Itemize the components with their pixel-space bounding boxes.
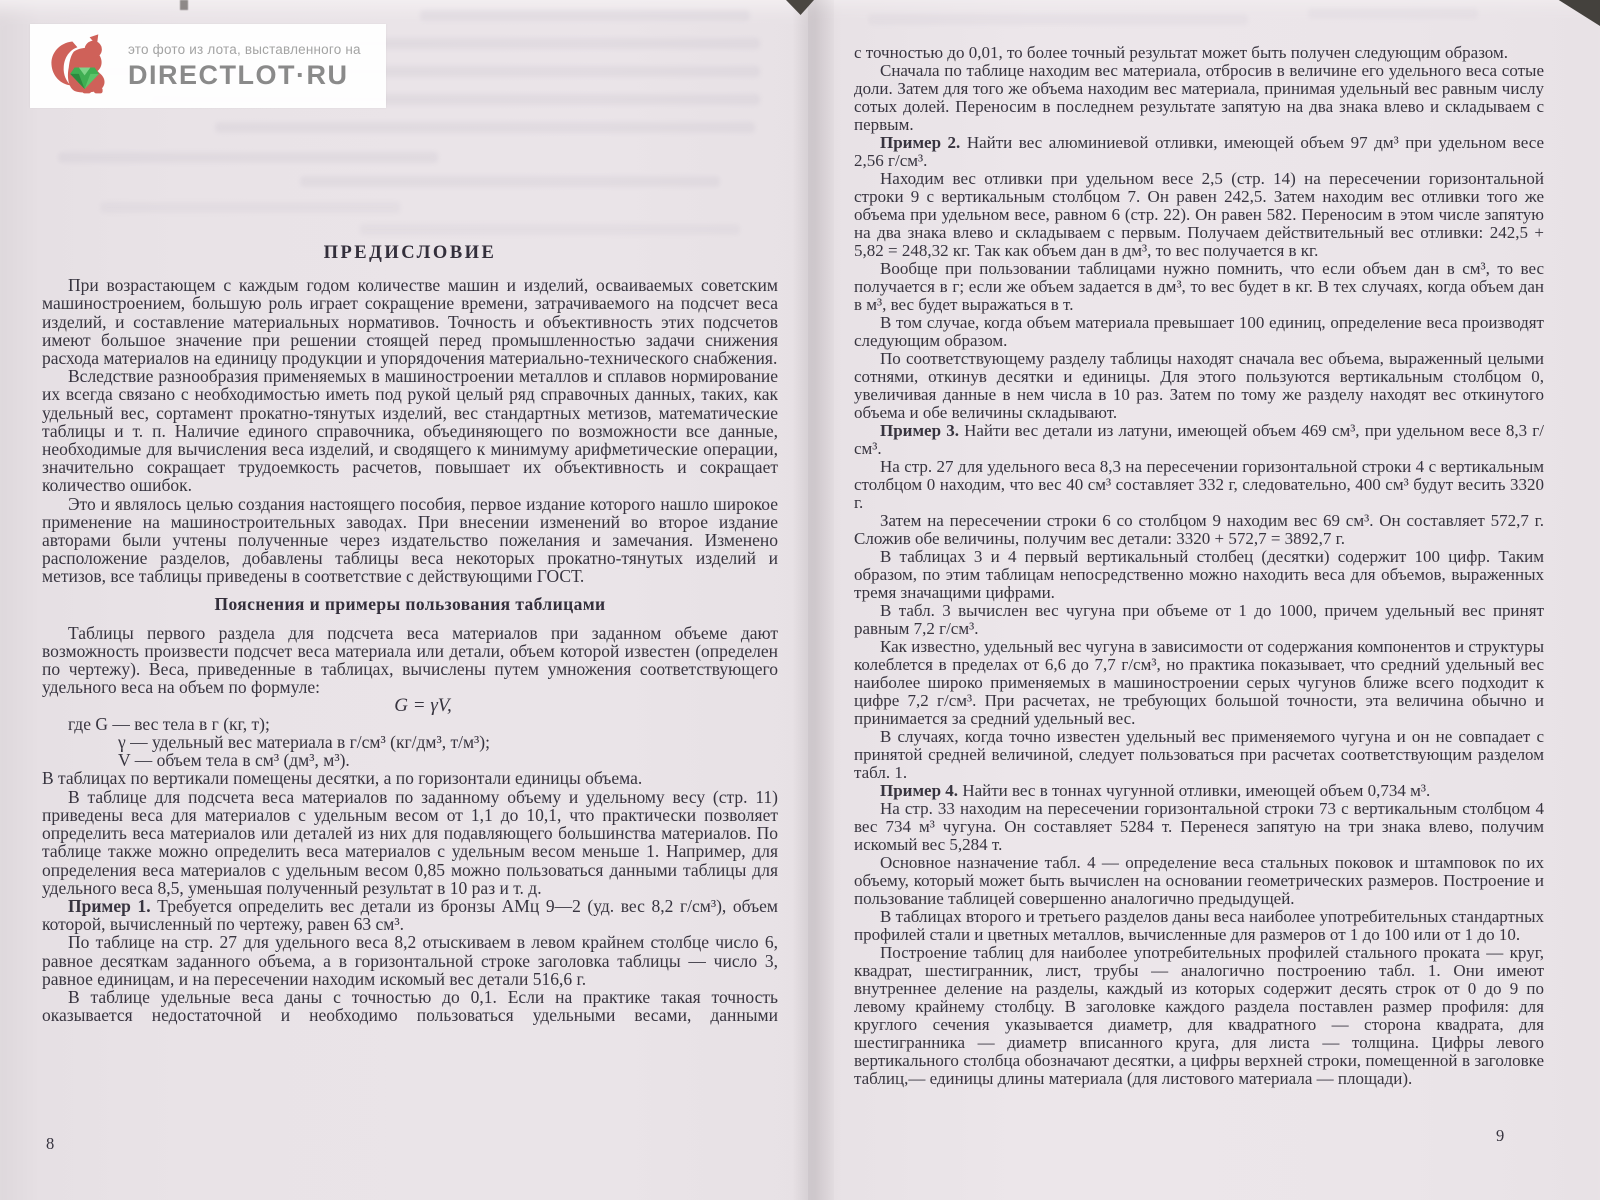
- page-number: 8: [46, 1134, 54, 1154]
- bleed-through-line: [420, 10, 750, 21]
- photo-speck: [180, 0, 188, 10]
- formula: G = γV,: [42, 697, 778, 715]
- paragraph: По соответствующему разделу таблицы нахо…: [854, 350, 1544, 422]
- left-page: это фото из лота, выставленного на DIREC…: [0, 0, 808, 1200]
- example-label: Пример 3.: [880, 421, 959, 440]
- paragraph: Вследствие разнообразия применяемых в ма…: [42, 367, 778, 494]
- bleed-through-line: [300, 176, 720, 187]
- paragraph: В таблицах по вертикали помещены десятки…: [42, 769, 778, 787]
- page-number: 9: [1496, 1126, 1504, 1146]
- right-page: с точностью до 0,01, то более точный рез…: [808, 0, 1600, 1200]
- bleed-through-line: [58, 152, 438, 163]
- watermark-brand: DIRECTLOT·RU: [128, 60, 361, 91]
- formula-legend-line: где G — вес тела в г (кг, т);: [42, 715, 778, 733]
- example-text: Найти вес в тоннах чугунной отливки, име…: [962, 781, 1430, 800]
- paragraph: При возрастающем с каждым годом количест…: [42, 276, 778, 367]
- left-page-text: ПРЕДИСЛОВИЕ При возрастающем с каждым го…: [42, 244, 778, 1024]
- paragraph: На стр. 33 находим на пересечении горизо…: [854, 800, 1544, 854]
- watermark-caption: это фото из лота, выставленного на: [128, 42, 361, 57]
- example-label: Пример 2.: [880, 133, 960, 152]
- watermark-badge: это фото из лота, выставленного на DIREC…: [30, 24, 386, 108]
- example-paragraph: Пример 4. Найти вес в тоннах чугунной от…: [854, 782, 1544, 800]
- example-label: Пример 1.: [68, 896, 151, 916]
- example-text: Требуется определить вес детали из бронз…: [42, 896, 778, 934]
- paragraph: В табл. 3 вычислен вес чугуна при объеме…: [854, 602, 1544, 638]
- paragraph: По таблице на стр. 27 для удельного веса…: [42, 933, 778, 988]
- bleed-through-line: [360, 224, 740, 235]
- squirrel-logo-icon: [44, 30, 118, 102]
- example-label: Пример 4.: [880, 781, 958, 800]
- book-gutter-shadow: [792, 0, 834, 1200]
- bleed-through-line: [215, 122, 755, 133]
- right-page-text: с точностью до 0,01, то более точный рез…: [854, 44, 1544, 1088]
- example-paragraph: Пример 2. Найти вес алюминиевой отливки,…: [854, 134, 1544, 170]
- section-heading: Пояснения и примеры пользования таблицам…: [42, 595, 778, 613]
- formula-legend-line: γ — удельный вес материала в г/см³ (кг/д…: [42, 733, 778, 751]
- paragraph: В таблицах 3 и 4 первый вертикальный сто…: [854, 548, 1544, 602]
- bleed-through-line: [1308, 8, 1478, 19]
- preface-title: ПРЕДИСЛОВИЕ: [42, 244, 778, 262]
- paragraph: Таблицы первого раздела для подсчета вес…: [42, 624, 778, 697]
- paragraph: Как известно, удельный вес чугуна в зави…: [854, 638, 1544, 728]
- paragraph: В том случае, когда объем материала прев…: [854, 314, 1544, 350]
- paragraph: В таблицах второго и третьего разделов д…: [854, 908, 1544, 944]
- paragraph: В случаях, когда точно известен удельный…: [854, 728, 1544, 782]
- paragraph: с точностью до 0,01, то более точный рез…: [854, 44, 1544, 62]
- bleed-through-line: [868, 14, 1248, 25]
- bleed-through-line: [100, 202, 400, 213]
- formula-legend-line: V — объем тела в см³ (дм³, м³).: [42, 751, 778, 769]
- paragraph: В таблице удельные веса даны с точностью…: [42, 988, 778, 1024]
- paragraph: Затем на пересечении строки 6 со столбцо…: [854, 512, 1544, 548]
- paragraph: Это и являлось целью создания настоящего…: [42, 495, 778, 586]
- book-photo: это фото из лота, выставленного на DIREC…: [0, 0, 1600, 1200]
- paragraph: Основное назначение табл. 4 — определени…: [854, 854, 1544, 908]
- paragraph: Сначала по таблице находим вес материала…: [854, 62, 1544, 134]
- example-paragraph: Пример 3. Найти вес детали из латуни, им…: [854, 422, 1544, 458]
- paragraph: Вообще при пользовании таблицами нужно п…: [854, 260, 1544, 314]
- example-paragraph: Пример 1. Требуется определить вес детал…: [42, 897, 778, 933]
- paragraph: Построение таблиц для наиболее употребит…: [854, 944, 1544, 1088]
- paragraph: Находим вес отливки при удельном весе 2,…: [854, 170, 1544, 260]
- paragraph: На стр. 27 для удельного веса 8,3 на пер…: [854, 458, 1544, 512]
- paragraph: В таблице для подсчета веса материалов п…: [42, 788, 778, 897]
